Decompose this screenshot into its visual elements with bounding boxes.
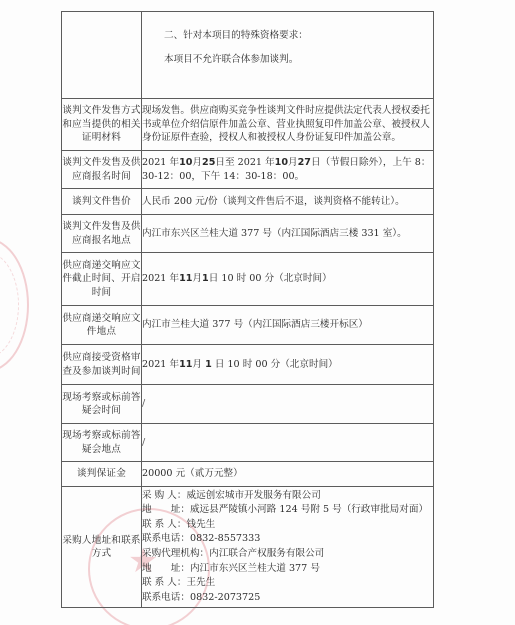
- row-value: 2021 年11月1日 10 时 00 分（北京时间）: [142, 253, 434, 306]
- text: 月: [288, 157, 298, 168]
- purchaser-name: 采 购 人：威远创宏城市开发服务有限公司: [142, 489, 433, 504]
- text: 2021 年: [142, 273, 179, 284]
- row-value: 人民币 200 元/份（谈判文件售后不退，谈判资格不能转让）。: [142, 189, 434, 215]
- row-value: 20000 元（贰万元整）: [142, 462, 434, 487]
- row-value: 2021 年10月25日至 2021 年10月27日（节假日除外），上午 8：3…: [142, 151, 434, 189]
- table-row-sale-time: 谈判文件发售及供应商报名时间 2021 年10月25日至 2021 年10月27…: [62, 151, 434, 189]
- row-label: 谈判文件发售及供应商报名地点: [62, 215, 142, 253]
- table-row-special-qualification: 二、针对本项目的特殊资格要求： 本项目不允许联合体参加谈判。: [62, 12, 434, 99]
- text: 月: [192, 157, 202, 168]
- row-label: 谈判文件发售方式和应当提供的相关证明材料: [62, 99, 142, 151]
- text: 日至 2021 年: [215, 157, 274, 168]
- day: 25: [202, 157, 215, 168]
- special-qualification-cell: 二、针对本项目的特殊资格要求： 本项目不允许联合体参加谈判。: [142, 12, 434, 99]
- document-page: ★ 二、针对本项目的特殊资格要求： 本项目不允许联合体参加谈判。 谈判文件发售方…: [0, 0, 515, 625]
- row-value: 现场发售。供应商购买竞争性谈判文件时应提供法定代表人授权委托书或单位介绍信原件加…: [142, 99, 434, 151]
- row-label: 现场考察或标前答疑会地点: [62, 424, 142, 462]
- row-label: 供应商递交响应文件地点: [62, 306, 142, 345]
- red-seal-stamp-left: [0, 238, 29, 372]
- row-label: 采购人地址和联系方式: [62, 487, 142, 608]
- month: 11: [179, 273, 192, 284]
- table-row-contacts: 采购人地址和联系方式 采 购 人：威远创宏城市开发服务有限公司 地 址：威远县严…: [62, 487, 434, 608]
- text: 2021 年: [142, 359, 179, 370]
- month: 10: [179, 157, 192, 168]
- procurement-info-table: 二、针对本项目的特殊资格要求： 本项目不允许联合体参加谈判。 谈判文件发售方式和…: [61, 11, 434, 608]
- table-row-sale-method: 谈判文件发售方式和应当提供的相关证明材料 现场发售。供应商购买竞争性谈判文件时应…: [62, 99, 434, 151]
- row-label: 供应商接受资格审查及参加谈判时间: [62, 345, 142, 385]
- row-label: 谈判文件发售及供应商报名时间: [62, 151, 142, 189]
- table-row-site-visit-time: 现场考察或标前答疑会时间 /: [62, 385, 434, 424]
- row-value: 内江市兰桂大道 377 号（内江国际酒店三楼开标区）: [142, 306, 434, 345]
- special-qualification-heading: 二、针对本项目的特殊资格要求：: [164, 29, 433, 43]
- day: 1: [205, 359, 212, 370]
- row-value: 内江市东兴区兰桂大道 377 号（内江国际酒店三楼 331 室）。: [142, 215, 434, 253]
- row-value: /: [142, 385, 434, 424]
- text: 2021 年: [142, 157, 179, 168]
- month: 10: [275, 157, 288, 168]
- table-row-sale-location: 谈判文件发售及供应商报名地点 内江市东兴区兰桂大道 377 号（内江国际酒店三楼…: [62, 215, 434, 253]
- text: 日 10 时 00 分（北京时间）: [212, 359, 338, 370]
- table-row-deposit: 谈判保证金 20000 元（贰万元整）: [62, 462, 434, 487]
- row-value: /: [142, 424, 434, 462]
- table-row-price: 谈判文件售价 人民币 200 元/份（谈判文件售后不退，谈判资格不能转让）。: [62, 189, 434, 215]
- text: 月: [192, 359, 205, 370]
- purchaser-address: 地 址：威远县严陵镇小河路 124 号附 5 号（行政审批局对面）: [142, 503, 433, 518]
- special-qualification-text: 本项目不允许联合体参加谈判。: [164, 53, 433, 67]
- row-label: 谈判保证金: [62, 462, 142, 487]
- day: 1: [202, 273, 209, 284]
- agency-phone: 联系电话：0832-2073725: [142, 591, 433, 606]
- row-label: 现场考察或标前答疑会时间: [62, 385, 142, 424]
- row-label: 谈判文件售价: [62, 189, 142, 215]
- agency-name: 采购代理机构：内江联合产权服务有限公司: [142, 547, 433, 562]
- text: 月: [192, 273, 202, 284]
- purchaser-contact-person: 联 系 人：钱先生: [142, 518, 433, 533]
- month: 11: [179, 359, 192, 370]
- purchaser-phone: 联系电话：0832-8557333: [142, 532, 433, 547]
- agency-address: 地 址：内江市东兴区兰桂大道 377 号: [142, 562, 433, 577]
- row-label: 供应商递交响应文件截止时间、开启时间: [62, 253, 142, 306]
- table-row-qualification-review-time: 供应商接受资格审查及参加谈判时间 2021 年11月 1 日 10 时 00 分…: [62, 345, 434, 385]
- contacts-cell: 采 购 人：威远创宏城市开发服务有限公司 地 址：威远县严陵镇小河路 124 号…: [142, 487, 434, 608]
- day: 27: [298, 157, 311, 168]
- table-row-site-visit-location: 现场考察或标前答疑会地点 /: [62, 424, 434, 462]
- row-label-empty: [62, 12, 142, 99]
- table-row-submission-location: 供应商递交响应文件地点 内江市兰桂大道 377 号（内江国际酒店三楼开标区）: [62, 306, 434, 345]
- agency-contact-person: 联 系 人：王先生: [142, 576, 433, 591]
- row-value: 2021 年11月 1 日 10 时 00 分（北京时间）: [142, 345, 434, 385]
- table-row-submission-deadline: 供应商递交响应文件截止时间、开启时间 2021 年11月1日 10 时 00 分…: [62, 253, 434, 306]
- text: 日 10 时 00 分（北京时间）: [209, 273, 332, 284]
